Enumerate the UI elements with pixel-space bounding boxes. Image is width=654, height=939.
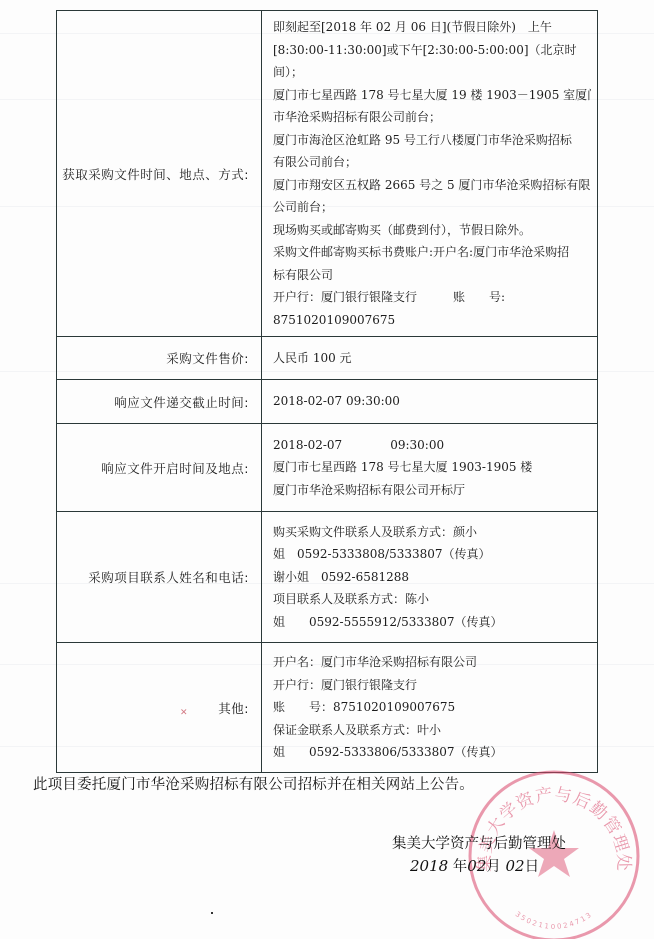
value-line: 保证金联系人及联系方式：叶小 [273, 719, 591, 742]
value-line: 账 号：8751020109007675 [273, 696, 591, 719]
value-line: 2018-02-07 09:30:00 [273, 434, 591, 457]
date-month-suffix: 月 [486, 859, 505, 875]
value-line: 姐 0592-5333806/5333807（传真） [273, 741, 591, 764]
table-row-other: 其他: 开户名：厦门市华沧采购招标有限公司 开户行：厦门银行银隆支行 账 号：8… [57, 643, 598, 773]
row-value: 2018-02-07 09:30:00 厦门市七星西路 178 号七星大厦 19… [262, 424, 598, 512]
value-line: 人民币 100 元 [273, 347, 591, 370]
value-line: 项目联系人及联系方式：陈小 [273, 588, 591, 611]
row-label: 响应文件开启时间及地点: [57, 424, 262, 512]
table-row-document-price: 采购文件售价: 人民币 100 元 [57, 337, 598, 380]
value-line: 开户行：厦门银行银隆支行 账 号: [273, 286, 591, 309]
date-day-suffix: 日 [525, 859, 540, 875]
value-line: 厦门市华沧采购招标有限公司开标厅 [273, 479, 591, 502]
issuer-name: 集美大学资产与后勤管理处 [392, 832, 566, 853]
announcement-note: 此项目委托厦门市华沧采购招标有限公司招标并在相关网站上公告。 [33, 773, 474, 794]
date-month: 02 [467, 857, 486, 875]
value-line: 厦门市翔安区五权路 2665 号之 5 厦门市华沧采购招标有限 [273, 174, 591, 197]
date-year-suffix: 年 [448, 859, 467, 875]
value-line: 厦门市七星西路 178 号七星大厦 1903-1905 楼 [273, 456, 591, 479]
official-seal-icon: 集美大学资产与后勤管理处 3502110024713 [466, 768, 642, 939]
row-value: 人民币 100 元 [262, 337, 598, 380]
value-line: 谢小姐 0592-6581288 [273, 566, 591, 589]
value-line: 开户名：厦门市华沧采购招标有限公司 [273, 651, 591, 674]
procurement-info-table: 获取采购文件时间、地点、方式: 即刻起至[2018 年 02 月 06 日](节… [56, 10, 598, 773]
date-day: 02 [506, 857, 525, 875]
value-line: 现场购买或邮寄购买（邮费到付），节假日除外。 [273, 219, 591, 242]
table-row-submission-deadline: 响应文件递交截止时间: 2018-02-07 09:30:00 [57, 380, 598, 424]
value-line: 间）； [273, 61, 591, 84]
value-line: 公司前台； [273, 196, 591, 219]
row-value: 即刻起至[2018 年 02 月 06 日](节假日除外) 上午 [8:30:0… [262, 11, 598, 337]
value-line: [8:30:00-11:30:00]或下午[2:30:00-5:00:00]（北… [273, 39, 591, 62]
document-page: 获取采购文件时间、地点、方式: 即刻起至[2018 年 02 月 06 日](节… [0, 0, 654, 939]
value-line: 厦门市七星西路 178 号七星大厦 19 楼 1903－1905 室厦门 [273, 84, 591, 107]
date-year: 2018 [410, 857, 448, 875]
pen-mark: ✕ [180, 708, 188, 718]
value-line: 姐 0592-5333808/5333807（传真） [273, 543, 591, 566]
value-line: 市华沧采购招标有限公司前台； [273, 106, 591, 129]
row-value: 购买采购文件联系人及联系方式：颜小 姐 0592-5333808/5333807… [262, 512, 598, 643]
value-line: 标有限公司 [273, 264, 591, 287]
value-line: 购买采购文件联系人及联系方式：颜小 [273, 521, 591, 544]
svg-text:3502110024713: 3502110024713 [514, 910, 595, 931]
value-line: 2018-02-07 09:30:00 [273, 390, 591, 413]
row-label: 响应文件递交截止时间: [57, 380, 262, 424]
value-line: 8751020109007675 [273, 309, 591, 332]
row-label: 采购文件售价: [57, 337, 262, 380]
row-value: 开户名：厦门市华沧采购招标有限公司 开户行：厦门银行银隆支行 账 号：87510… [262, 643, 598, 773]
table-row-opening-time-location: 响应文件开启时间及地点: 2018-02-07 09:30:00 厦门市七星西路… [57, 424, 598, 512]
scan-artifact [211, 912, 213, 914]
value-line: 有限公司前台； [273, 151, 591, 174]
value-line: 厦门市海沧区沧虹路 95 号工行八楼厦门市华沧采购招标 [273, 129, 591, 152]
value-line: 采购文件邮寄购买标书费账户:开户名:厦门市华沧采购招 [273, 241, 591, 264]
row-label: 采购项目联系人姓名和电话: [57, 512, 262, 643]
issue-date: 2018 年02月 02日 [410, 855, 539, 876]
value-line: 即刻起至[2018 年 02 月 06 日](节假日除外) 上午 [273, 16, 591, 39]
row-label: 其他: [57, 643, 262, 773]
value-line: 姐 0592-5555912/5333807（传真） [273, 611, 591, 634]
row-value: 2018-02-07 09:30:00 [262, 380, 598, 424]
value-line: 开户行：厦门银行银隆支行 [273, 674, 591, 697]
table-row-contacts: 采购项目联系人姓名和电话: 购买采购文件联系人及联系方式：颜小 姐 0592-5… [57, 512, 598, 643]
row-label: 获取采购文件时间、地点、方式: [57, 11, 262, 337]
table-row-document-acquisition: 获取采购文件时间、地点、方式: 即刻起至[2018 年 02 月 06 日](节… [57, 11, 598, 337]
